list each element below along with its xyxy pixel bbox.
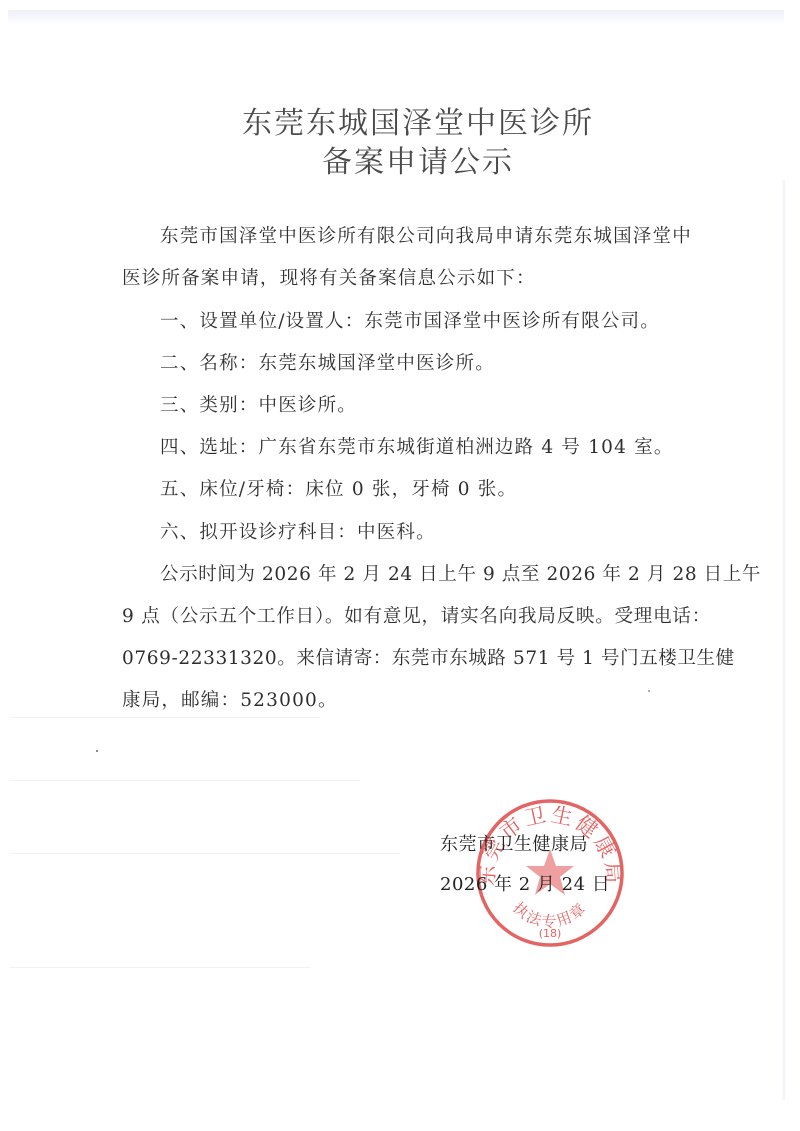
scan-speck <box>648 690 650 692</box>
scan-artifact <box>10 717 320 718</box>
notice-line-1: 公示时间为 2026 年 2 月 24 日上午 9 点至 2026 年 2 月 … <box>160 563 761 587</box>
svg-text:执法专用章: 执法专用章 <box>510 899 591 931</box>
notice-line-3: 0769-22331320。来信请寄：东莞市东城路 571 号 1 号门五楼卫生… <box>122 647 735 671</box>
item-name: 二、名称：东莞东城国泽堂中医诊所。 <box>160 352 495 376</box>
scan-artifact <box>10 967 310 968</box>
scan-artifact <box>10 853 400 854</box>
scan-shadow-right <box>782 180 786 1100</box>
scan-speck <box>96 750 98 752</box>
issue-date: 2026 年 2 月 24 日 <box>440 873 610 897</box>
document-page: 东莞东城国泽堂中医诊所 备案申请公示 东莞市国泽堂中医诊所有限公司向我局申请东莞… <box>0 0 800 1131</box>
document-title-line2: 备案申请公示 <box>0 137 800 181</box>
notice-line-2: 9 点（公示五个工作日）。如有意见，请实名向我局反映。受理电话： <box>122 605 711 629</box>
document-title-line1: 东莞东城国泽堂中医诊所 <box>0 98 800 142</box>
svg-text:(18): (18) <box>539 927 562 940</box>
issuer-name: 东莞市卫生健康局 <box>440 833 588 857</box>
item-departments: 六、拟开设诊疗科目：中医科。 <box>160 521 436 545</box>
item-address: 四、选址：广东省东莞市东城街道柏洲边路 4 号 104 室。 <box>160 436 674 460</box>
item-category: 三、类别：中医诊所。 <box>160 394 357 418</box>
item-beds-chairs: 五、床位/牙椅：床位 0 张，牙椅 0 张。 <box>160 478 517 502</box>
scan-artifact <box>10 780 360 781</box>
notice-line-4: 康局，邮编：523000。 <box>122 689 338 713</box>
item-establisher: 一、设置单位/设置人：东莞市国泽堂中医诊所有限公司。 <box>160 310 660 334</box>
intro-line-1: 东莞市国泽堂中医诊所有限公司向我局申请东莞东城国泽堂中 <box>160 225 692 249</box>
intro-line-2: 医诊所备案申请，现将有关备案信息公示如下： <box>122 267 536 291</box>
scan-shadow-top <box>8 10 784 24</box>
